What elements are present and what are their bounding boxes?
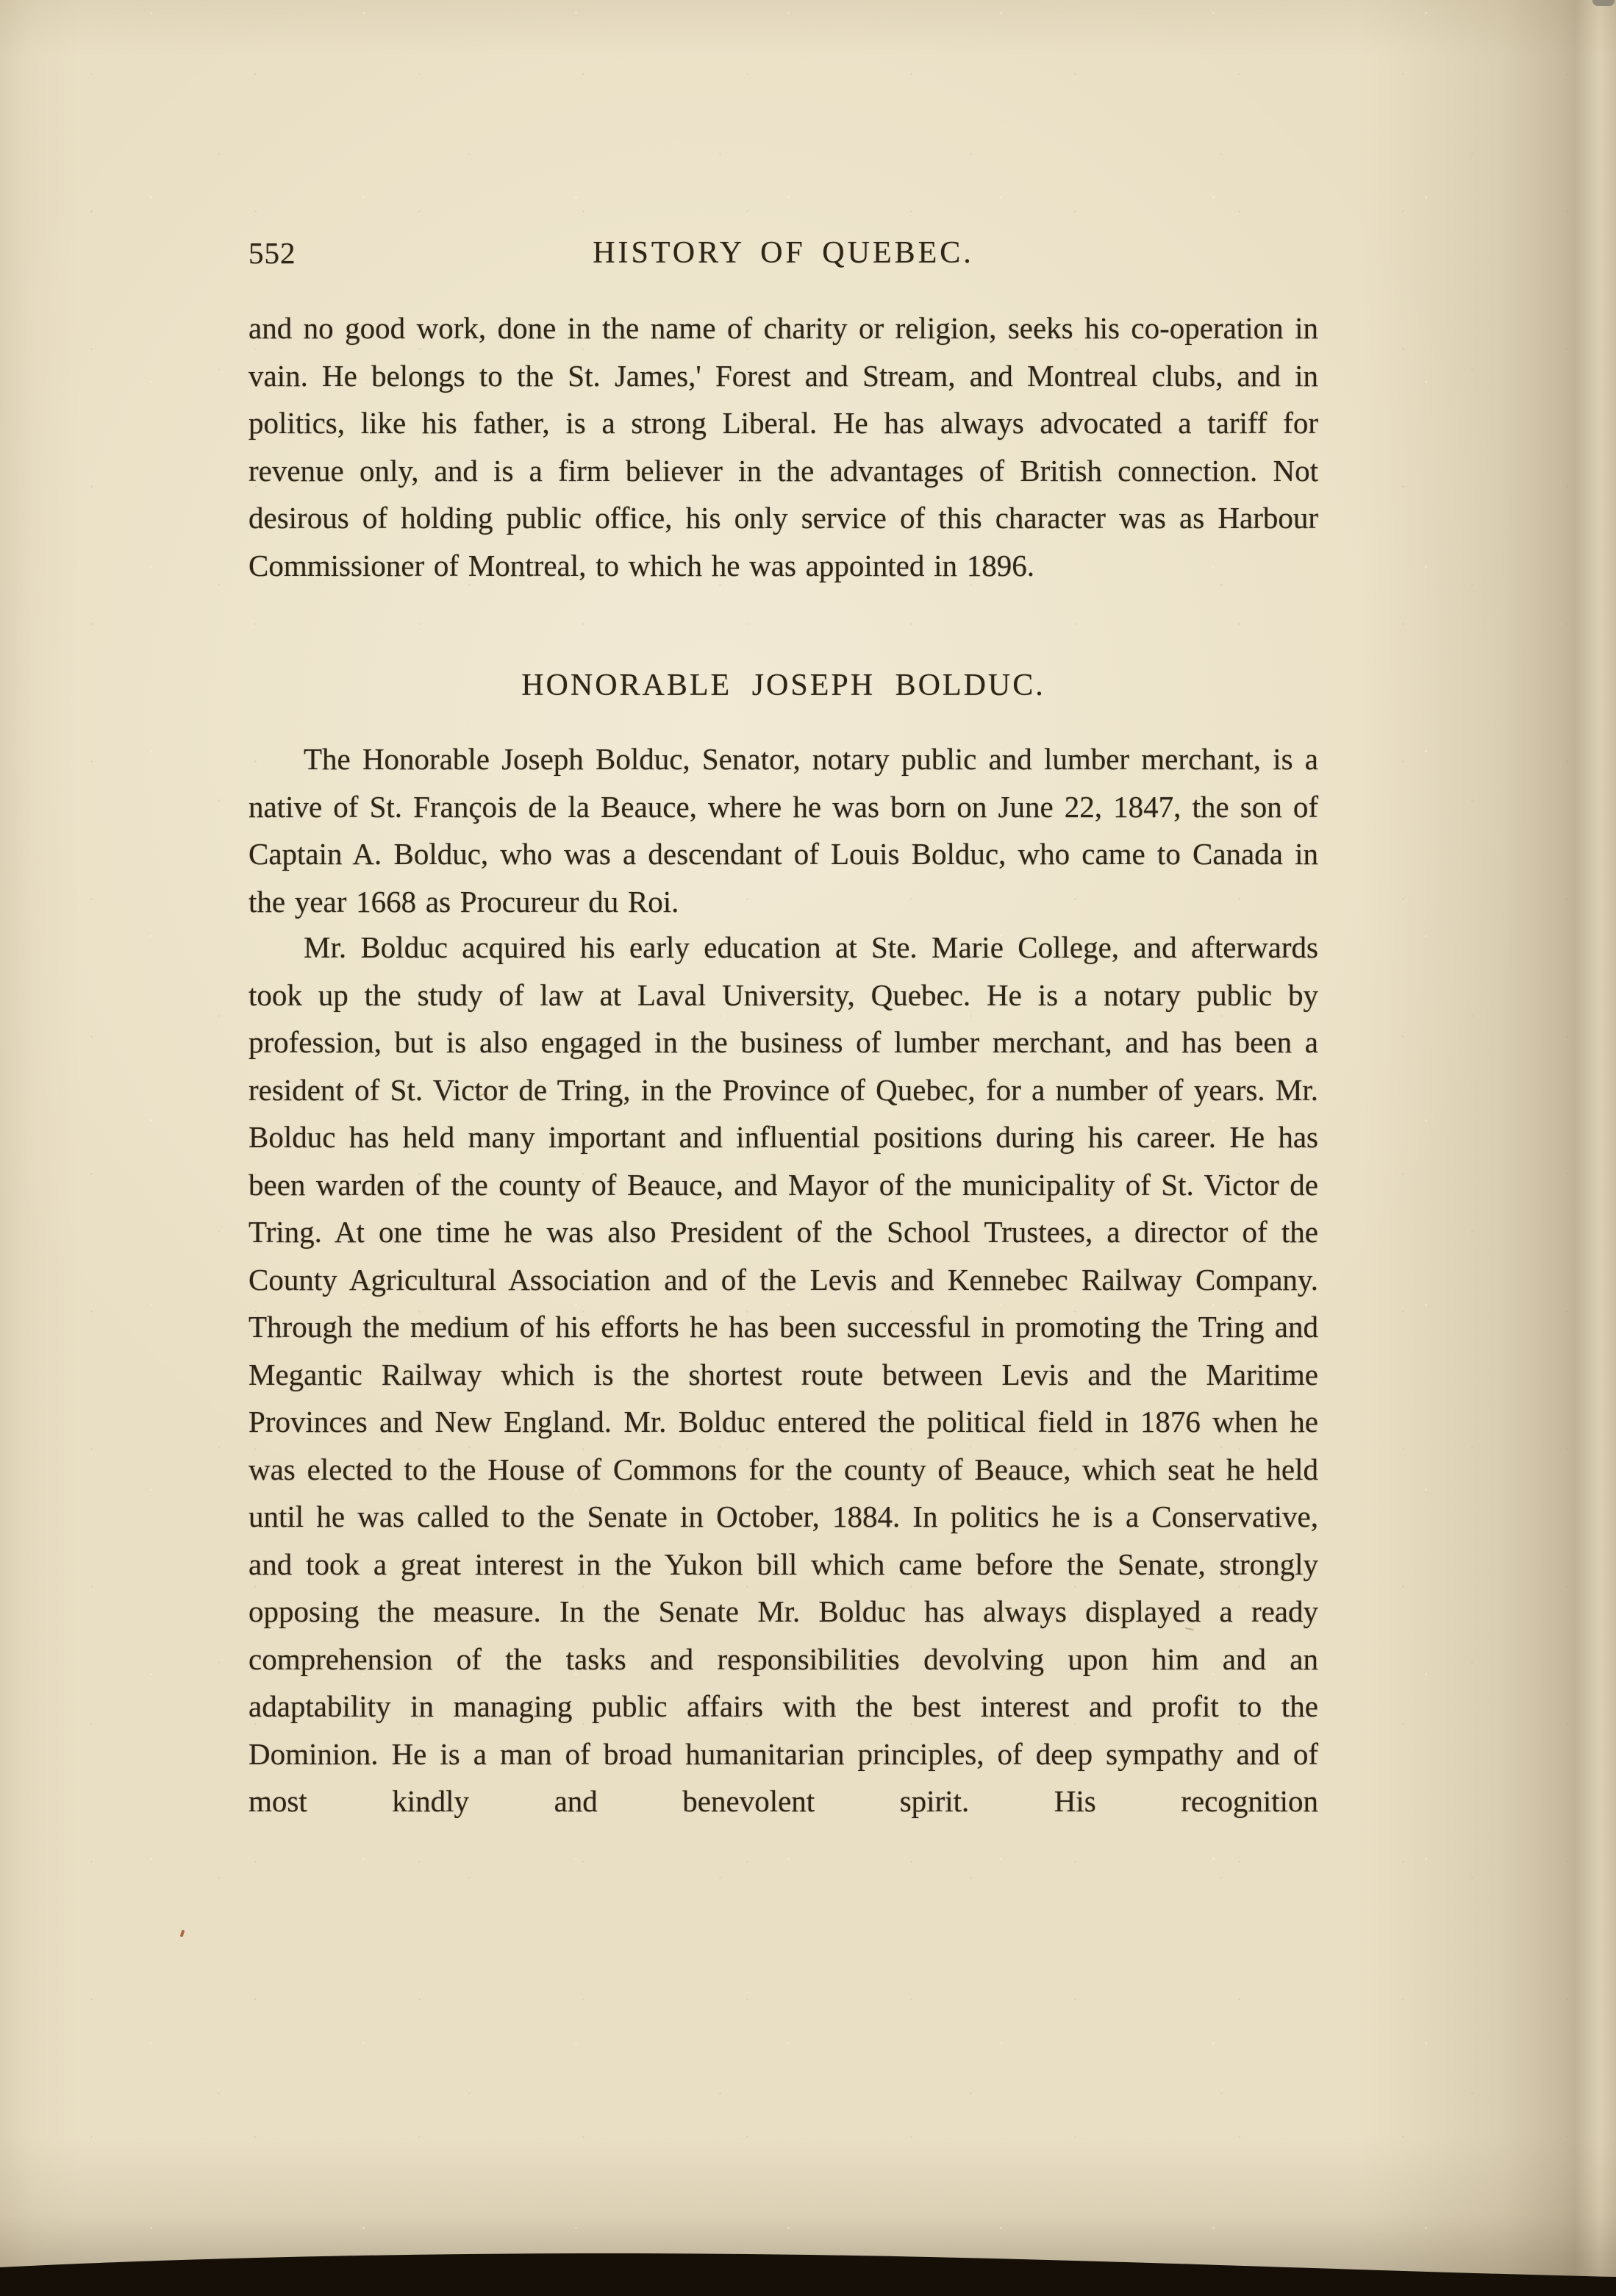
page-number: 552 — [249, 234, 296, 272]
scan-corner-artifact — [1592, 0, 1615, 6]
running-head: 552 HISTORY OF QUEBEC. — [249, 234, 1318, 272]
paragraph-continuation: and no good work, done in the name of ch… — [249, 304, 1318, 589]
running-header-title: HISTORY OF QUEBEC. — [249, 234, 1318, 272]
scan-bottom-edge-shadow — [0, 2243, 1616, 2296]
section-heading: HONORABLE JOSEPH BOLDUC. — [249, 668, 1318, 703]
book-page-scan: 552 HISTORY OF QUEBEC. and no good work,… — [0, 0, 1616, 2296]
paragraph-bolduc-career: Mr. Bolduc acquired his early education … — [249, 924, 1318, 1825]
paper-speck — [180, 1930, 185, 1938]
paragraph-bolduc-intro: The Honorable Joseph Bolduc, Senator, no… — [249, 735, 1318, 925]
